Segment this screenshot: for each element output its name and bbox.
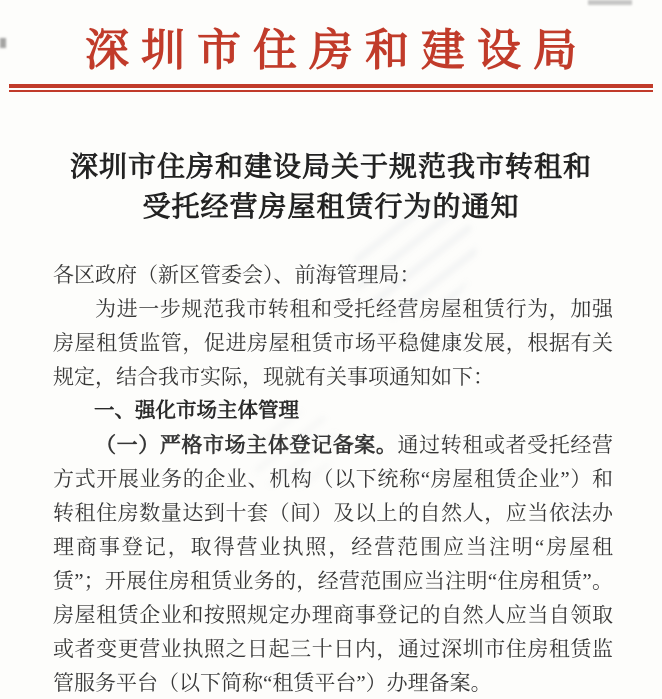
salutation: 各区政府（新区管委会）、前海管理局：	[53, 258, 613, 292]
agency-name: 深圳市住房和建设局	[73, 26, 589, 76]
section-heading: 一、强化市场主体管理	[53, 394, 613, 428]
red-divider	[9, 84, 653, 92]
item-body-text: 通过转租或者受托经营方式开展业务的企业、机构（以下统称“房屋租赁企业”）和转租住…	[53, 433, 613, 695]
red-divider-thick-line	[9, 84, 653, 88]
red-divider-thin-line	[9, 90, 653, 92]
document-body: 各区政府（新区管委会）、前海管理局： 为进一步规范我市转租和受托经营房屋租赁行为…	[53, 258, 613, 699]
item-title: （一）严格市场主体登记备案。	[95, 433, 398, 457]
official-notice-page: 深圳市住房和建设局 深圳市住房和建设局关于规范我市转租和 受托经营房屋租赁行为的…	[0, 0, 662, 699]
document-title-line-1: 深圳市住房和建设局关于规范我市转租和	[70, 152, 592, 183]
intro-paragraph: 为进一步规范我市转租和受托经营房屋租赁行为，加强房屋租赁监管，促进房屋租赁市场平…	[53, 292, 613, 394]
item-paragraph: （一）严格市场主体登记备案。通过转租或者受托经营方式开展业务的企业、机构（以下统…	[53, 428, 613, 699]
letterhead: 深圳市住房和建设局	[0, 0, 662, 92]
document-title-line-2: 受托经营房屋租赁行为的通知	[142, 192, 519, 223]
document-title: 深圳市住房和建设局关于规范我市转租和 受托经营房屋租赁行为的通知	[40, 148, 622, 228]
